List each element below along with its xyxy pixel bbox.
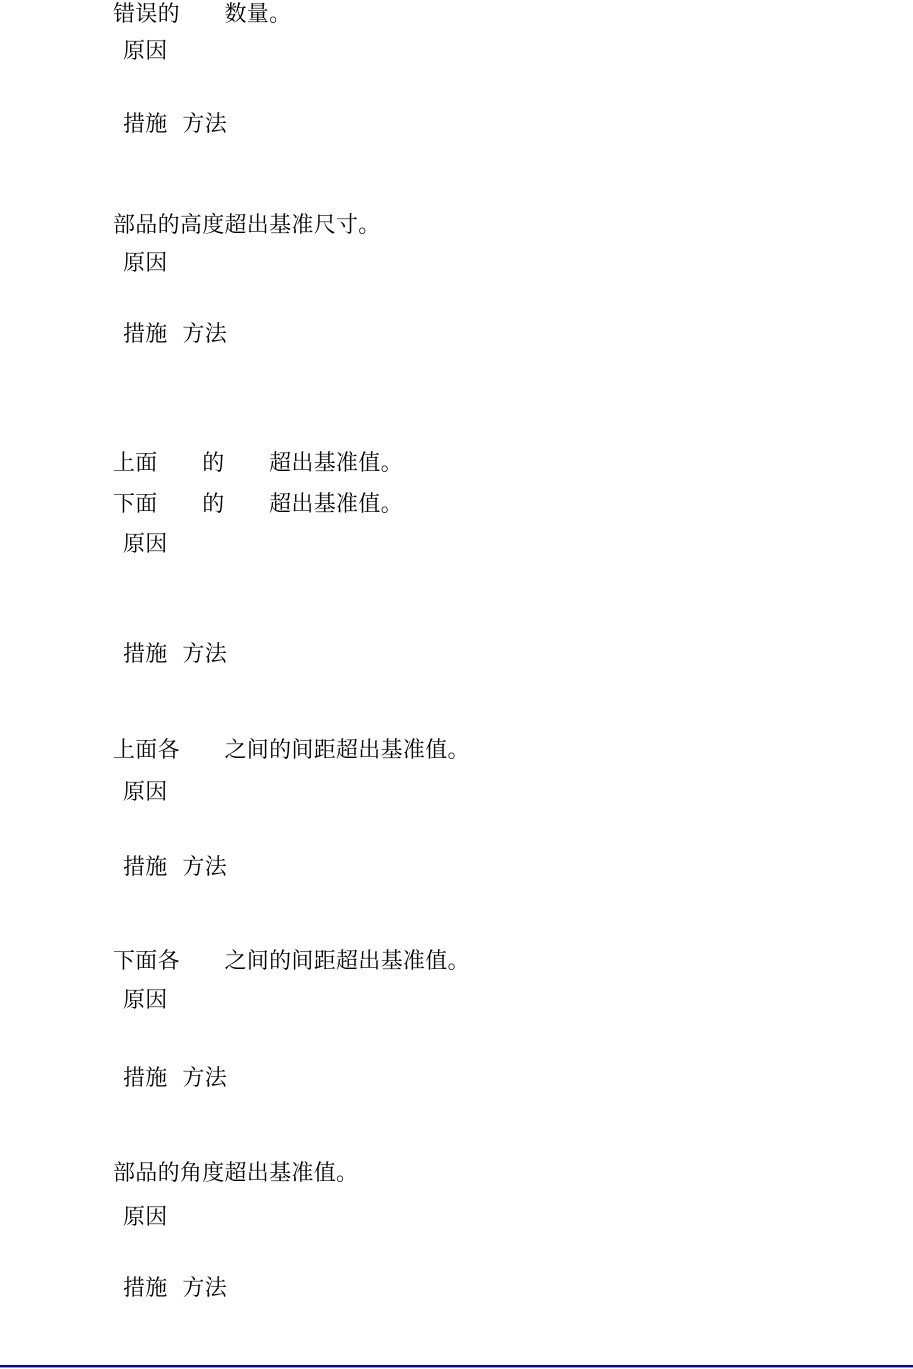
- cause-label: 原因: [123, 780, 168, 803]
- measure-label: 措施 方法: [123, 642, 227, 665]
- measure-label: 措施 方法: [123, 322, 227, 345]
- issue-title-line: 错误的 数量。: [113, 2, 291, 25]
- issue-title-line: 部品的角度超出基准值。: [113, 1161, 358, 1184]
- cause-label: 原因: [123, 532, 168, 555]
- issue-title-line: 上面 的 超出基准值。: [113, 451, 403, 474]
- measure-label: 措施 方法: [123, 855, 227, 878]
- issue-title-line: 下面 的 超出基准值。: [113, 492, 403, 515]
- issue-title-line: 上面各 之间的间距超出基准值。: [113, 738, 470, 761]
- issue-title-line: 部品的高度超出基准尺寸。: [113, 213, 381, 236]
- footer-rule: [0, 1365, 913, 1368]
- text-layer: 错误的 数量。原因措施 方法部品的高度超出基准尺寸。原因措施 方法上面 的 超出…: [0, 0, 913, 1369]
- cause-label: 原因: [123, 988, 168, 1011]
- measure-label: 措施 方法: [123, 1066, 227, 1089]
- cause-label: 原因: [123, 1205, 168, 1228]
- cause-label: 原因: [123, 39, 168, 62]
- document-page: 错误的 数量。原因措施 方法部品的高度超出基准尺寸。原因措施 方法上面 的 超出…: [0, 0, 913, 1369]
- measure-label: 措施 方法: [123, 112, 227, 135]
- issue-title-line: 下面各 之间的间距超出基准值。: [113, 949, 470, 972]
- cause-label: 原因: [123, 251, 168, 274]
- measure-label: 措施 方法: [123, 1276, 227, 1299]
